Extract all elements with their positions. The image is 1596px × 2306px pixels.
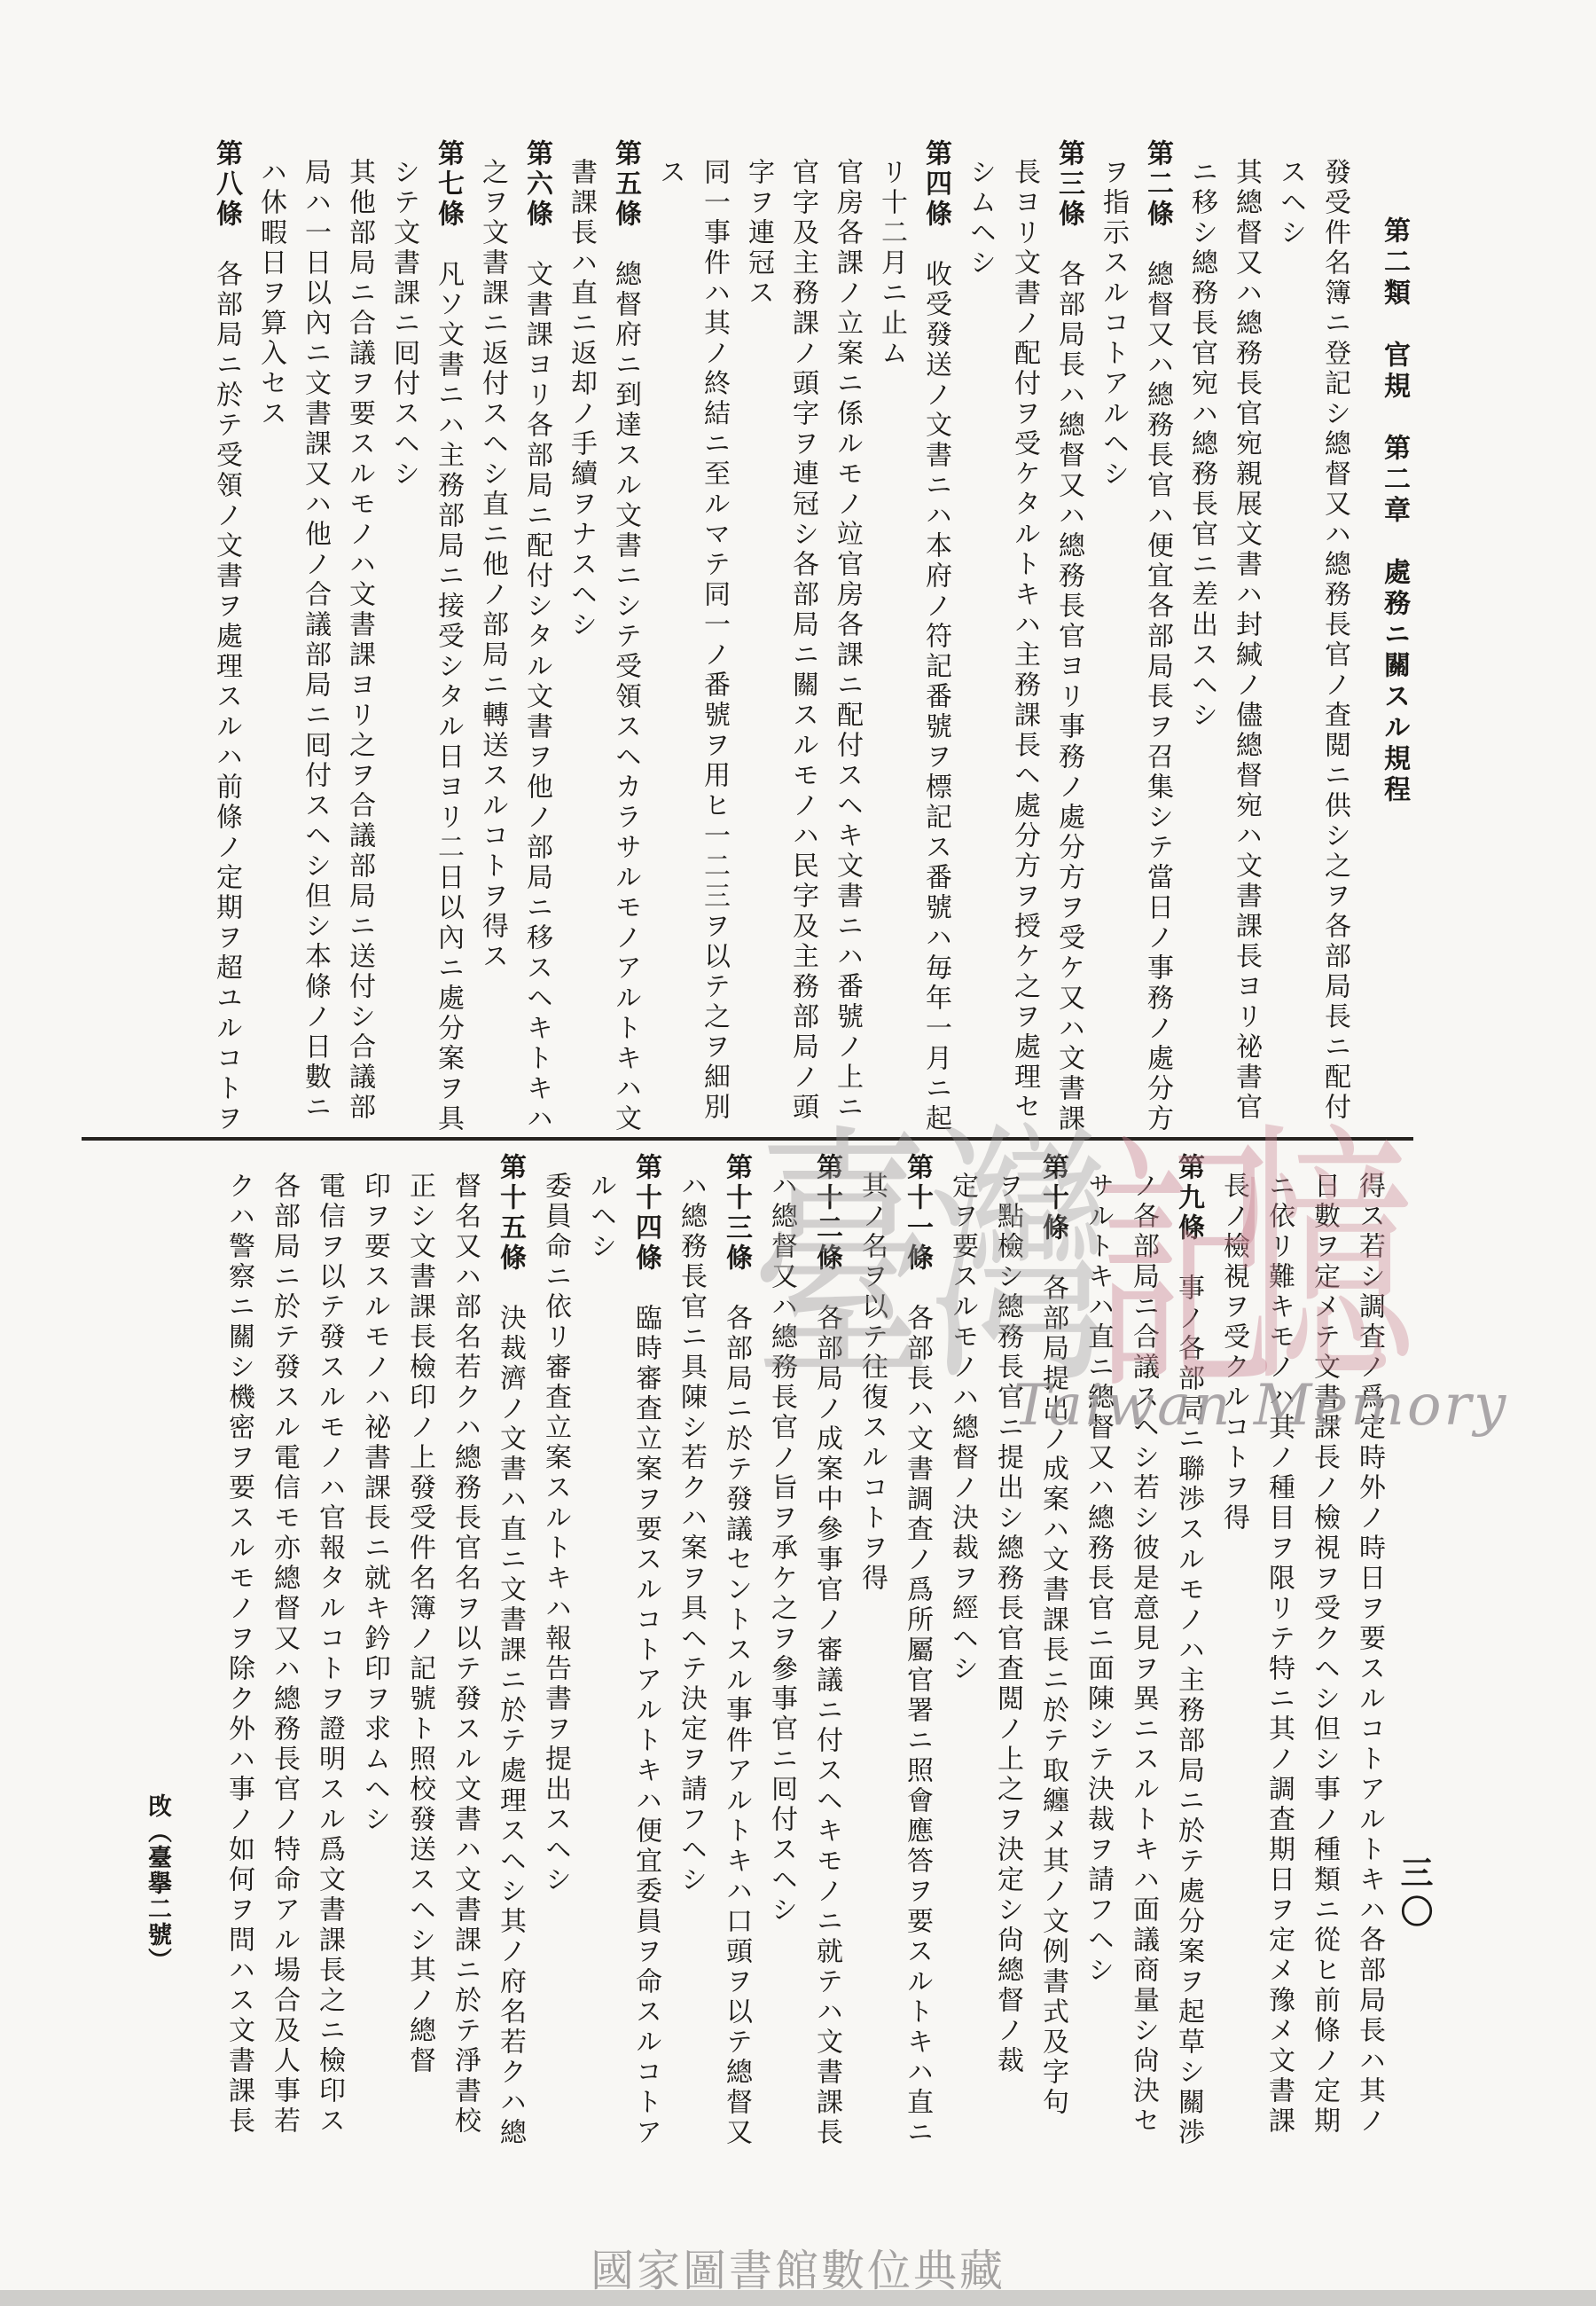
column-text: 督名又ハ部名若クハ總務長官名ヲ以テ發スル文書ハ文書課ニ於テ淨書校	[450, 1172, 481, 2137]
column-text: 各部局ノ成案中參事官ノ審議ニ付スヘキモノニ就テハ文書課長	[811, 1304, 842, 2148]
column-text: シテ文書課ニ囘付スヘシ	[388, 158, 419, 490]
article-start-column: 第八條 各部局ニ於テ受領ノ文書ヲ處理スルハ前條ノ定期ヲ超ユルコトヲ	[204, 139, 248, 1150]
article-start-column: 第十二條 各部局ノ成案中參事官ノ審議ニ付スヘキモノニ就テハ文書課長	[804, 1153, 849, 2133]
column-text: スヘシ	[1275, 158, 1306, 248]
article-start-column: 第三條 各部局長ハ總督又ハ總務長官ヨリ事務ノ處分方ヲ受ケ又ハ文書課	[1046, 139, 1091, 1150]
running-head: 第二類 官規 第二章 處務ニ關スル規程	[1374, 216, 1413, 806]
column-text: 之ヲ文書課ニ返付スヘシ直ニ他ノ部局ニ轉送スルコトヲ得ス	[477, 158, 508, 972]
column-text: 各部長ハ文書調査ノ爲所屬官署ニ照會應答ヲ要スルトキハ直ニ	[902, 1304, 933, 2148]
text-column: 各部局ニ於テ發スル電信モ亦總督又ハ總務長官ノ特命アル場合及人事若	[262, 1153, 307, 2133]
scanned-document-page: 第二類 官規 第二章 處務ニ關スル規程 發受件名簿ニ登記シ總督又ハ總務長官ノ査閲…	[0, 0, 1596, 2306]
article-start-column: 第十四條 臨時審査立案ヲ要スルコトアルトキハ便宜委員ヲ命スルコトア	[623, 1153, 669, 2133]
text-column: ニ依リ難キモノハ其ノ種目ヲ限リテ特ニ其ノ調査期日ヲ定メ豫メ文書課	[1256, 1153, 1302, 2133]
article-number: 第十二條	[811, 1153, 842, 1304]
article-start-column: 第七條 凡ソ文書ニハ主務部局ニ接受シタル日ヨリ二日以內ニ處分案ヲ具	[426, 139, 470, 1150]
article-start-column: 第六條 文書課ヨリ各部局ニ配付シタル文書ヲ他ノ部局ニ移スヘキトキハ	[514, 139, 559, 1150]
regulation-text-upper-block: 發受件名簿ニ登記シ總督又ハ總務長官ノ査閲ニ供シ之ヲ各部局長ニ配付スヘシ其總督又ハ…	[204, 139, 1357, 1150]
column-text: クハ警察ニ關シ機密ヲ要スルモノヲ除ク外ハ事ノ如何ヲ問ハス文書課長	[223, 1172, 254, 2137]
text-column: ヲ點檢シ總務長官ニ提出シ總務長官査閲ノ上之ヲ決定シ尙總督ノ裁	[985, 1153, 1030, 2133]
text-column: ルヘシ	[578, 1153, 623, 2133]
text-column: 之ヲ文書課ニ返付スヘシ直ニ他ノ部局ニ轉送スルコトヲ得ス	[470, 139, 514, 1150]
column-text: 收受發送ノ文書ニハ本府ノ符記番號ヲ標記ス番號ハ毎年一月ニ起	[920, 260, 951, 1134]
article-number: 第三條	[1053, 139, 1084, 260]
column-text: 凡ソ文書ニハ主務部局ニ接受シタル日ヨリ二日以內ニ處分案ヲ具	[433, 260, 464, 1134]
column-text: シムヘシ	[965, 158, 996, 278]
column-text: 文書課ヨリ各部局ニ配付シタル文書ヲ他ノ部局ニ移スヘキトキハ	[521, 260, 552, 1134]
text-column: ハ總務長官ニ具陳シ若クハ案ヲ具ヘテ決定ヲ請フヘシ	[669, 1153, 714, 2133]
article-number: 第八條	[211, 139, 242, 260]
column-text: 各部局提出ノ成案ハ文書課長ニ於テ取纏メ其ノ文例書式及字句	[1037, 1274, 1068, 2118]
text-column: シムヘシ	[958, 139, 1002, 1150]
article-start-column: 第十一條 各部長ハ文書調査ノ爲所屬官署ニ照會應答ヲ要スルトキハ直ニ	[895, 1153, 940, 2133]
column-text: 印ヲ要スルモノハ祕書課長ニ就キ鈐印ヲ求ムヘシ	[359, 1172, 390, 1835]
article-number: 第十條	[1037, 1153, 1068, 1274]
text-column: 正シ文書課長檢印ノ上發受件名簿ノ記號ト照校發送スヘシ其ノ總督	[397, 1153, 442, 2133]
article-number: 第十三條	[721, 1153, 752, 1304]
column-text: ヲ指示スルコトアルヘシ	[1098, 158, 1129, 490]
column-text: 決裁濟ノ文書ハ直ニ文書課ニ於テ處理スヘシ其ノ府名若クハ總	[495, 1304, 526, 2148]
article-number: 第十四條	[630, 1153, 661, 1304]
column-text: 長ヨリ文書ノ配付ヲ受ケタルトキハ主務課長ヘ處分方ヲ授ケ之ヲ處理セ	[1009, 158, 1040, 1123]
text-column: 長ノ檢視ヲ受クルコトヲ得	[1211, 1153, 1256, 2133]
column-text: ハ總務長官ニ具陳シ若クハ案ヲ具ヘテ決定ヲ請フヘシ	[676, 1172, 707, 1895]
column-text: 書課長ハ直ニ返却ノ手續ヲナスヘシ	[566, 158, 597, 640]
column-text: 電信ヲ以テ發スルモノハ官報タルコトヲ證明スル爲文書課長之ニ檢印ス	[314, 1172, 345, 2137]
marginal-note: 攺（臺擧二號）	[140, 1793, 175, 1973]
article-start-column: 第十五條 決裁濟ノ文書ハ直ニ文書課ニ於テ處理スヘシ其ノ府名若クハ總	[488, 1153, 533, 2133]
column-text: 局ハ一日以內ニ文書課又ハ他ノ合議部局ニ囘付スヘシ但シ本條ノ日數ニ	[300, 158, 331, 1123]
article-start-column: 第九條 事ノ各部局ニ聯渉スルモノハ主務部局ニ於テ處分案ヲ起草シ關渉	[1166, 1153, 1211, 2133]
column-text: 其ノ名ヲ以テ往復スルコトヲ得	[857, 1172, 888, 1594]
column-text: ニ移シ總務長官宛ハ總務長官ニ差出スヘシ	[1186, 158, 1217, 731]
column-text: 官字及主務課ノ頭字ヲ連冠シ各部局ニ關スルモノハ民字及主務部局ノ頭	[787, 158, 818, 1123]
scan-edge-artifact	[0, 2290, 1596, 2306]
text-column: 電信ヲ以テ發スルモノハ官報タルコトヲ證明スル爲文書課長之ニ檢印ス	[307, 1153, 352, 2133]
text-column: クハ警察ニ關シ機密ヲ要スルモノヲ除ク外ハ事ノ如何ヲ問ハス文書課長	[216, 1153, 262, 2133]
article-number: 第七條	[433, 139, 464, 260]
column-text: 發受件名簿ニ登記シ總督又ハ總務長官ノ査閲ニ供シ之ヲ各部局長ニ配付	[1319, 158, 1350, 1123]
column-text: 總督又ハ總務長官ハ便宜各部局長ヲ召集シテ當日ノ事務ノ處分方	[1142, 260, 1173, 1134]
text-column: 得ス若シ調査ノ爲定時外ノ時日ヲ要スルコトアルトキハ各部局長ハ其ノ	[1347, 1153, 1392, 2133]
text-column: リ十二月ニ止ム	[869, 139, 913, 1150]
article-number: 第五條	[610, 139, 641, 260]
text-column: 定ヲ要スルモノハ總督ノ決裁ヲ經ヘシ	[940, 1153, 985, 2133]
text-column: 日數ヲ定メテ文書課長ノ檢視ヲ受クヘシ但シ事ノ種類ニ從ヒ前條ノ定期	[1302, 1153, 1347, 2133]
column-text: 各部局ニ於テ受領ノ文書ヲ處理スルハ前條ノ定期ヲ超ユルコトヲ	[211, 260, 242, 1134]
text-column: ハ休暇日ヲ算入セス	[248, 139, 293, 1150]
column-text: 字ヲ連冠ス	[743, 158, 774, 309]
column-text: ニ依リ難キモノハ其ノ種目ヲ限リテ特ニ其ノ調査期日ヲ定メ豫メ文書課	[1263, 1172, 1295, 2137]
article-number: 第九條	[1173, 1153, 1204, 1274]
article-start-column: 第十條 各部局提出ノ成案ハ文書課長ニ於テ取纏メ其ノ文例書式及字句	[1030, 1153, 1076, 2133]
text-column: 其他部局ニ合議ヲ要スルモノハ文書課ヨリ之ヲ合議部局ニ送付シ合議部	[337, 139, 381, 1150]
column-text: 臨時審査立案ヲ要スルコトアルトキハ便宜委員ヲ命スルコトア	[630, 1304, 661, 2148]
column-text: 其他部局ニ合議ヲ要スルモノハ文書課ヨリ之ヲ合議部局ニ送付シ合議部	[344, 158, 375, 1123]
text-column: 督名又ハ部名若クハ總務長官名ヲ以テ發スル文書ハ文書課ニ於テ淨書校	[442, 1153, 488, 2133]
column-text: 日數ヲ定メテ文書課長ノ檢視ヲ受クヘシ但シ事ノ種類ニ從ヒ前條ノ定期	[1309, 1172, 1340, 2137]
text-column: スヘシ	[1268, 139, 1312, 1150]
text-column: 同一事件ハ其ノ終結ニ至ルマテ同一ノ番號ヲ用ヒ一二三ヲ以テ之ヲ細別	[692, 139, 736, 1150]
article-number: 第十五條	[495, 1153, 526, 1304]
column-text: リ十二月ニ止ム	[876, 158, 907, 369]
column-text: 同一事件ハ其ノ終結ニ至ルマテ同一ノ番號ヲ用ヒ一二三ヲ以テ之ヲ細別	[699, 158, 730, 1123]
text-column: 其ノ名ヲ以テ往復スルコトヲ得	[849, 1153, 895, 2133]
column-text: ノ各部局ニ合議スヘシ若シ彼是意見ヲ異ニスルトキハ面議商量シ尙決セ	[1128, 1172, 1159, 2137]
article-start-column: 第二條 總督又ハ總務長官ハ便宜各部局長ヲ召集シテ當日ノ事務ノ處分方	[1135, 139, 1179, 1150]
column-text: ス	[654, 158, 685, 188]
text-column: 書課長ハ直ニ返却ノ手續ヲナスヘシ	[559, 139, 603, 1150]
column-text: ルヘシ	[585, 1172, 616, 1262]
text-column: 長ヨリ文書ノ配付ヲ受ケタルトキハ主務課長ヘ處分方ヲ授ケ之ヲ處理セ	[1002, 139, 1046, 1150]
column-text: 長ノ檢視ヲ受クルコトヲ得	[1218, 1172, 1249, 1533]
text-column: ノ各部局ニ合議スヘシ若シ彼是意見ヲ異ニスルトキハ面議商量シ尙決セ	[1121, 1153, 1166, 2133]
article-start-column: 第四條 收受發送ノ文書ニハ本府ノ符記番號ヲ標記ス番號ハ毎年一月ニ起	[913, 139, 958, 1150]
column-text: 總督府ニ到達スル文書ニシテ受領スヘカラサルモノアルトキハ文	[610, 260, 641, 1134]
text-column: 印ヲ要スルモノハ祕書課長ニ就キ鈐印ヲ求ムヘシ	[352, 1153, 397, 2133]
text-column: 官房各課ノ立案ニ係ルモノ竝官房各課ニ配付スヘキ文書ニハ番號ノ上ニ	[825, 139, 869, 1150]
text-column: 字ヲ連冠ス	[736, 139, 780, 1150]
page-number: 三〇	[1390, 1855, 1438, 1933]
regulation-text-lower-block: 得ス若シ調査ノ爲定時外ノ時日ヲ要スルコトアルトキハ各部局長ハ其ノ日數ヲ定メテ文書…	[216, 1153, 1392, 2133]
column-text: 其總督又ハ總務長官宛親展文書ハ封緘ノ儘總督宛ハ文書課長ヨリ祕書官	[1231, 158, 1262, 1123]
text-column: ハ總督又ハ總務長官ノ旨ヲ承ケ之ヲ參事官ニ囘付スヘシ	[759, 1153, 804, 2133]
text-column: ス	[647, 139, 692, 1150]
text-column: 委員命ニ依リ審査立案スルトキハ報告書ヲ提出スヘシ	[533, 1153, 578, 2133]
column-text: 得ス若シ調査ノ爲定時外ノ時日ヲ要スルコトアルトキハ各部局長ハ其ノ	[1354, 1172, 1385, 2137]
text-column: シテ文書課ニ囘付スヘシ	[381, 139, 426, 1150]
article-number: 第二條	[1142, 139, 1173, 260]
text-column: ヲ指示スルコトアルヘシ	[1091, 139, 1135, 1150]
article-number: 第四條	[920, 139, 951, 260]
column-text: ヲ點檢シ總務長官ニ提出シ總務長官査閲ノ上之ヲ決定シ尙總督ノ裁	[992, 1172, 1023, 2076]
article-number: 第十一條	[902, 1153, 933, 1304]
column-text: 委員命ニ依リ審査立案スルトキハ報告書ヲ提出スヘシ	[540, 1172, 571, 1895]
text-column: サルトキハ直ニ總督又ハ總務長官ニ面陳シテ決裁ヲ請フヘシ	[1076, 1153, 1121, 2133]
article-start-column: 第五條 總督府ニ到達スル文書ニシテ受領スヘカラサルモノアルトキハ文	[603, 139, 647, 1150]
text-column: 官字及主務課ノ頭字ヲ連冠シ各部局ニ關スルモノハ民字及主務部局ノ頭	[780, 139, 825, 1150]
block-divider-rule	[82, 1137, 1413, 1141]
column-text: 定ヲ要スルモノハ總督ノ決裁ヲ經ヘシ	[947, 1172, 978, 1684]
article-start-column: 第十三條 各部局ニ於テ發議セントスル事件アルトキハ口頭ヲ以テ總督又	[714, 1153, 759, 2133]
column-text: 官房各課ノ立案ニ係ルモノ竝官房各課ニ配付スヘキ文書ニハ番號ノ上ニ	[832, 158, 863, 1123]
column-text: ハ休暇日ヲ算入セス	[255, 158, 286, 429]
column-text: サルトキハ直ニ總督又ハ總務長官ニ面陳シテ決裁ヲ請フヘシ	[1083, 1172, 1114, 1986]
text-column: 發受件名簿ニ登記シ總督又ハ總務長官ノ査閲ニ供シ之ヲ各部局長ニ配付	[1312, 139, 1357, 1150]
column-text: 正シ文書課長檢印ノ上發受件名簿ノ記號ト照校發送スヘシ其ノ總督	[404, 1172, 435, 2076]
text-column: 局ハ一日以內ニ文書課又ハ他ノ合議部局ニ囘付スヘシ但シ本條ノ日數ニ	[293, 139, 337, 1150]
column-text: 事ノ各部局ニ聯渉スルモノハ主務部局ニ於テ處分案ヲ起草シ關渉	[1173, 1274, 1204, 2148]
column-text: 各部局ニ於テ發議セントスル事件アルトキハ口頭ヲ以テ總督又	[721, 1304, 752, 2148]
text-column: 其總督又ハ總務長官宛親展文書ハ封緘ノ儘總督宛ハ文書課長ヨリ祕書官	[1224, 139, 1268, 1150]
text-column: ニ移シ總務長官宛ハ總務長官ニ差出スヘシ	[1179, 139, 1224, 1150]
column-text: ハ總督又ハ總務長官ノ旨ヲ承ケ之ヲ參事官ニ囘付スヘシ	[766, 1172, 797, 1926]
column-text: 各部局ニ於テ發スル電信モ亦總督又ハ總務長官ノ特命アル場合及人事若	[269, 1172, 300, 2137]
article-number: 第六條	[521, 139, 552, 260]
column-text: 各部局長ハ總督又ハ總務長官ヨリ事務ノ處分方ヲ受ケ又ハ文書課	[1053, 260, 1084, 1134]
